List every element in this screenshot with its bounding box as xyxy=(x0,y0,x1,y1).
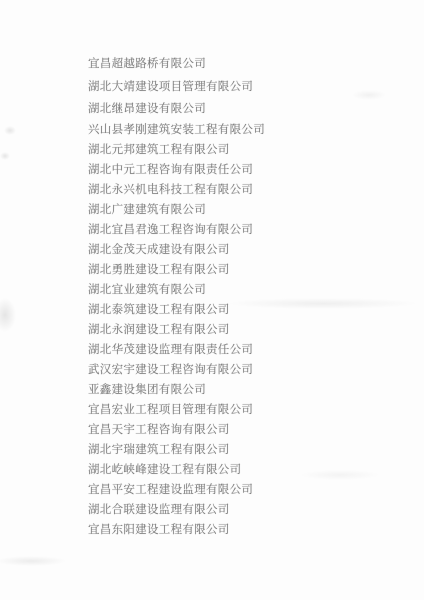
company-list-item: 湖北永兴机电科技工程有限公司 xyxy=(88,180,265,200)
scan-noise xyxy=(0,298,16,332)
company-list-item: 湖北泰筑建设工程有限公司 xyxy=(88,300,265,320)
company-list-item: 湖北元邦建筑工程有限公司 xyxy=(88,140,265,160)
company-list-item: 武汉宏宇建设工程咨询有限公司 xyxy=(88,360,265,380)
company-list-item: 湖北永润建设工程有限公司 xyxy=(88,320,265,340)
company-list-item: 湖北合联建设监理有限公司 xyxy=(88,500,265,520)
company-list-item: 湖北屹峡峰建设工程有限公司 xyxy=(88,460,265,480)
company-list-item: 湖北勇胜建设工程有限公司 xyxy=(88,260,265,280)
company-list-item: 宜昌宏业工程项目管理有限公司 xyxy=(88,400,265,420)
company-list-item: 兴山县孝刚建筑安装工程有限公司 xyxy=(88,120,265,140)
company-list-item: 宜昌平安工程建设监理有限公司 xyxy=(88,480,265,500)
company-list-item: 湖北广建建筑有限公司 xyxy=(88,200,265,220)
company-list-item: 湖北金茂天成建设有限公司 xyxy=(88,240,265,260)
company-list-item: 湖北大靖建设项目管理有限公司 xyxy=(88,77,265,97)
company-list-item: 湖北宇瑞建筑工程有限公司 xyxy=(88,440,265,460)
company-list-item: 湖北宜昌君逸工程咨询有限公司 xyxy=(88,220,265,240)
company-list-item: 亚鑫建设集团有限公司 xyxy=(88,380,265,400)
company-list-item: 湖北继昂建设有限公司 xyxy=(88,99,265,119)
company-list-item: 湖北中元工程咨询有限责任公司 xyxy=(88,160,265,180)
scan-noise xyxy=(4,126,16,135)
company-list-item: 宜昌天宇工程咨询有限公司 xyxy=(88,420,265,440)
company-list: 宜昌超越路桥有限公司湖北大靖建设项目管理有限公司湖北继昂建设有限公司兴山县孝刚建… xyxy=(88,54,265,540)
company-list-item: 宜昌东阳建设工程有限公司 xyxy=(88,520,265,540)
company-list-item: 宜昌超越路桥有限公司 xyxy=(88,54,265,74)
scan-noise xyxy=(352,90,386,100)
document-page: 宜昌超越路桥有限公司湖北大靖建设项目管理有限公司湖北继昂建设有限公司兴山县孝刚建… xyxy=(0,0,424,600)
scan-noise xyxy=(300,470,380,480)
scan-noise xyxy=(0,152,10,160)
scan-noise xyxy=(0,556,66,566)
company-list-item: 湖北华茂建设监理有限责任公司 xyxy=(88,340,265,360)
company-list-item: 湖北宜业建筑有限公司 xyxy=(88,280,265,300)
